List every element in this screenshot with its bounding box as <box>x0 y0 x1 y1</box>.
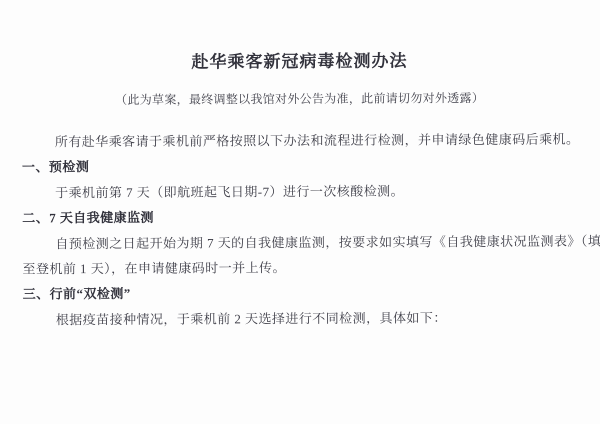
intro-paragraph: 所有赴华乘客请于乘机前严格按照以下办法和流程进行检测，并申请绿色健康码后乘机。 <box>22 127 578 155</box>
section-1-heading: 一、预检测 <box>22 152 578 180</box>
document-title: 赴华乘客新冠病毒检测办法 <box>21 0 577 75</box>
section-2-heading: 二、7 天自我健康监测 <box>22 203 578 231</box>
section-2-body-line-1: 自预检测之日起开始为期 7 天的自我健康监测，按要求如实填写《自我健康状况监测表… <box>22 228 578 256</box>
section-2-body-line-2: 至登机前 1 天），在申请健康码时一并上传。 <box>22 254 578 282</box>
section-1-body: 于乘机前第 7 天（即航班起飞日期-7）进行一次核酸检测。 <box>22 177 578 205</box>
document-subtitle: （此为草案，最终调整以我馆对外公告为准，此前请切勿对外透露） <box>22 91 578 109</box>
section-3-heading: 三、行前“双检测” <box>23 279 579 307</box>
section-3-body: 根据疫苗接种情况，于乘机前 2 天选择进行不同检测，具体如下： <box>23 304 579 332</box>
scanned-sheet: 赴华乘客新冠病毒检测办法 （此为草案，最终调整以我馆对外公告为准，此前请切勿对外… <box>0 0 600 333</box>
document-body: 所有赴华乘客请于乘机前严格按照以下办法和流程进行检测，并申请绿色健康码后乘机。 … <box>22 127 579 333</box>
document-page: 赴华乘客新冠病毒检测办法 （此为草案，最终调整以我馆对外公告为准，此前请切勿对外… <box>0 0 600 424</box>
